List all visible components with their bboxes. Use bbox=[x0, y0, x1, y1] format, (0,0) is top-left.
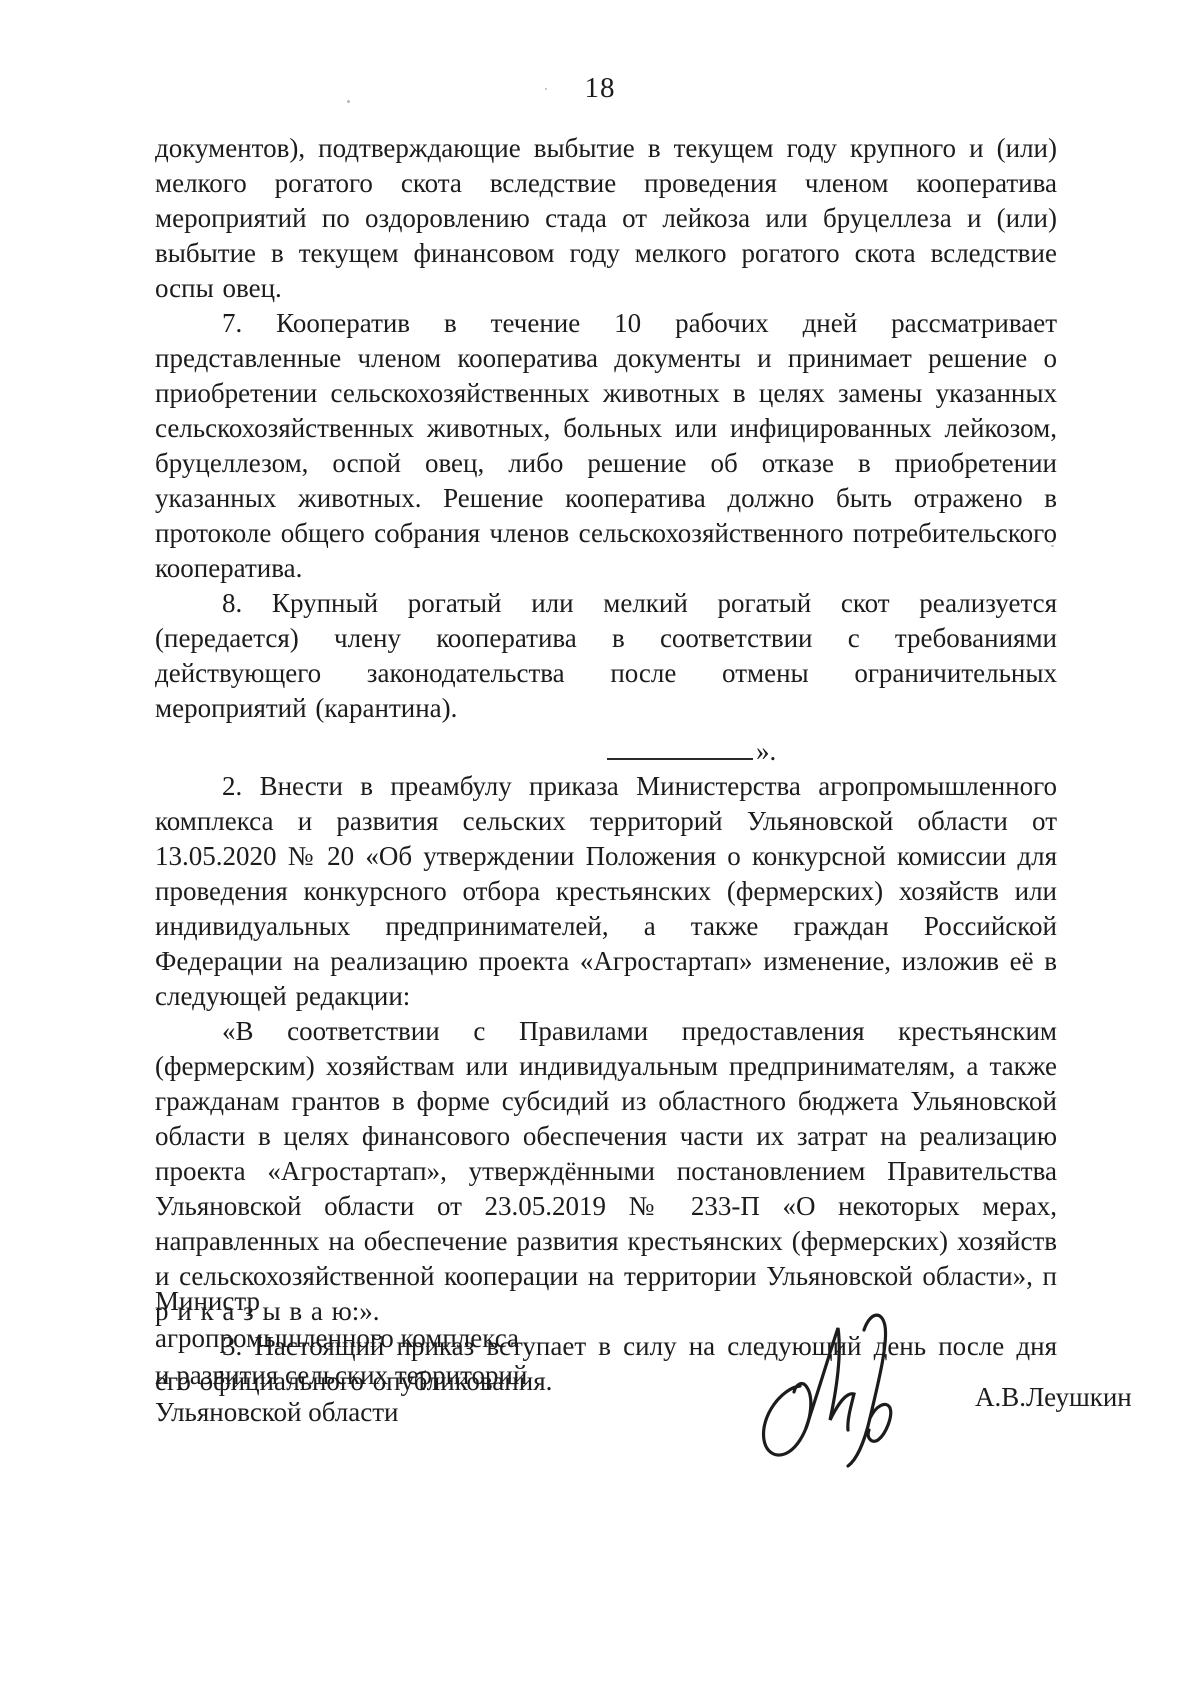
paragraph-preamble-quote: «В соответствии с Правилами предоставлен… bbox=[155, 1014, 1057, 1329]
paragraph-item-7: 7. Кооператив в течение 10 рабочих дней … bbox=[155, 306, 1057, 586]
minister-title-line: и развития сельских территорий bbox=[155, 1357, 675, 1394]
document-page: 18 документов), подтверждающие выбытие в… bbox=[0, 0, 1200, 1698]
minister-title-block: Министр агропромышленного комплекса и ра… bbox=[155, 1283, 675, 1431]
document-body: документов), подтверждающие выбытие в те… bbox=[155, 131, 1057, 1399]
closing-quote-mark: ». bbox=[756, 736, 776, 766]
paragraph-item-8: 8. Крупный рогатый или мелкий рогатый ск… bbox=[155, 586, 1057, 726]
signatory-name: А.В.Леушкин bbox=[975, 1380, 1132, 1415]
paragraph-documents-continuation: документов), подтверждающие выбытие в те… bbox=[155, 131, 1057, 306]
page-number: 18 bbox=[0, 72, 1200, 105]
handwritten-signature-icon bbox=[748, 1288, 928, 1473]
minister-title-line: агропромышленного комплекса bbox=[155, 1320, 675, 1357]
scan-speck bbox=[1051, 545, 1054, 547]
scan-speck bbox=[347, 100, 350, 103]
paragraph-item-2: 2. Внести в преамбулу приказа Министерст… bbox=[155, 769, 1057, 1014]
scan-speck bbox=[545, 88, 547, 90]
minister-title-line: Ульяновской области bbox=[155, 1394, 675, 1431]
underscore-rule bbox=[607, 734, 753, 760]
minister-title-line: Министр bbox=[155, 1283, 675, 1320]
closing-quote-line: ». bbox=[155, 734, 1057, 769]
